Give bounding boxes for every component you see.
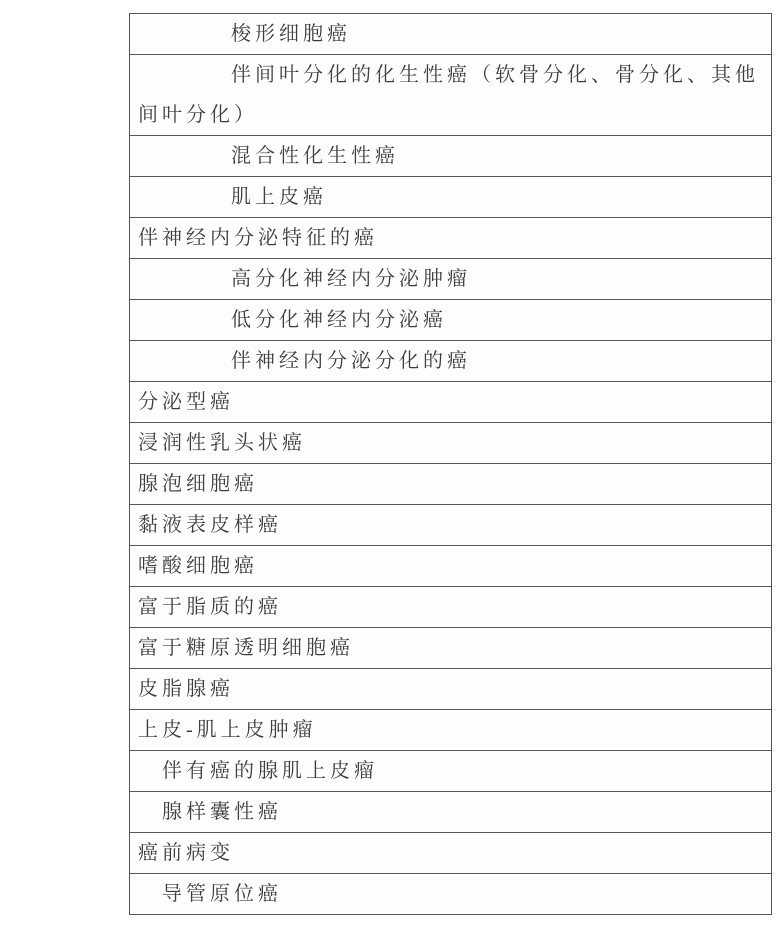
table-row: 黏液表皮样癌	[130, 505, 771, 546]
table-row: 伴间叶分化的化生性癌（软骨分化、骨分化、其他间叶分化）	[130, 55, 771, 136]
table-row: 富于脂质的癌	[130, 587, 771, 628]
table-row: 腺泡细胞癌	[130, 464, 771, 505]
table-row: 上皮-肌上皮肿瘤	[130, 710, 771, 751]
table-row: 高分化神经内分泌肿瘤	[130, 259, 771, 300]
table-row: 伴有癌的腺肌上皮瘤	[130, 751, 771, 792]
table-row: 低分化神经内分泌癌	[130, 300, 771, 341]
classification-table: 梭形细胞癌伴间叶分化的化生性癌（软骨分化、骨分化、其他间叶分化）混合性化生性癌肌…	[129, 13, 772, 915]
table-row: 导管原位癌	[130, 874, 771, 915]
table-row: 肌上皮癌	[130, 177, 771, 218]
table-row: 混合性化生性癌	[130, 136, 771, 177]
table-row: 皮脂腺癌	[130, 669, 771, 710]
table-row: 伴神经内分泌特征的癌	[130, 218, 771, 259]
table-row: 分泌型癌	[130, 382, 771, 423]
table-row: 嗜酸细胞癌	[130, 546, 771, 587]
table-row: 伴神经内分泌分化的癌	[130, 341, 771, 382]
table-row: 癌前病变	[130, 833, 771, 874]
table-row: 梭形细胞癌	[130, 14, 771, 55]
table-row: 腺样囊性癌	[130, 792, 771, 833]
table-row: 浸润性乳头状癌	[130, 423, 771, 464]
table-row: 富于糖原透明细胞癌	[130, 628, 771, 669]
